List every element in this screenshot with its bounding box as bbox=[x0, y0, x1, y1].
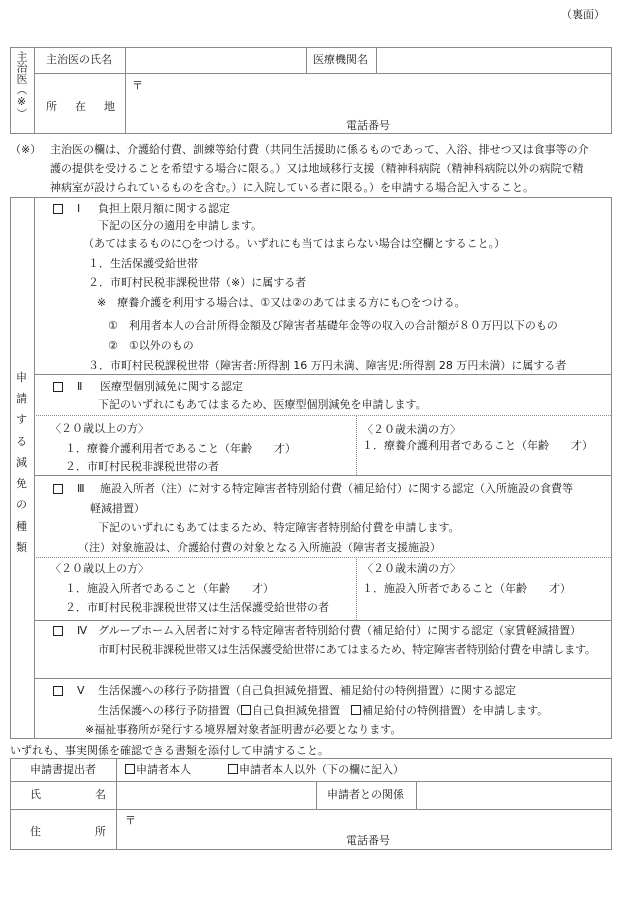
section-3-checkbox[interactable] bbox=[53, 484, 63, 494]
divider bbox=[376, 47, 377, 73]
section-4-checkbox[interactable] bbox=[53, 626, 63, 636]
doctor-name-label: 主治医の氏名 bbox=[46, 53, 112, 67]
reduction-label-char: る bbox=[16, 435, 27, 449]
section-4-numeral: Ⅳ bbox=[77, 624, 87, 638]
submitter-self-checkbox[interactable] bbox=[125, 764, 135, 774]
applicant-name-field[interactable] bbox=[118, 782, 315, 808]
doctor-name-field[interactable] bbox=[127, 48, 305, 72]
dotted-divider bbox=[356, 415, 357, 475]
applicant-address-field[interactable] bbox=[118, 811, 610, 833]
section-3-numeral: Ⅲ bbox=[77, 482, 85, 496]
section-2-adult-heading: 〈２０歳以上の方〉 bbox=[50, 422, 149, 436]
section-3-child-item-1: １．施設入所者であること（年齢 才） bbox=[362, 582, 571, 596]
section-3-body: 下記のいずれにもあてはまるため、特定障害者特別給付費を申請します。 bbox=[98, 521, 460, 535]
submitter-label: 申請書提出者 bbox=[30, 763, 96, 777]
section-1-option-2[interactable]: ２．市町村民税非課税世帯（※）に属する者 bbox=[88, 276, 306, 290]
submitter-option-other[interactable]: 申請者本人以外（下の欄に記入） bbox=[228, 763, 404, 777]
section-3-title-continued: 軽減措置） bbox=[90, 502, 145, 516]
dotted-divider bbox=[34, 415, 611, 416]
divider bbox=[306, 47, 307, 73]
section-5-body-prefix: 生活保護への移行予防措置（ bbox=[98, 704, 241, 717]
reduction-label-char: 種 bbox=[16, 520, 27, 534]
doctor-address-field[interactable] bbox=[127, 75, 610, 115]
dotted-divider bbox=[34, 557, 611, 558]
section-1-sub-option-2[interactable]: ② ①以外のもの bbox=[108, 339, 194, 353]
note-line: 主治医の欄は、介護給付費、訓練等給付費（共同生活援助に係るものであって、入浴、排… bbox=[50, 143, 589, 157]
section-4-title: グループホーム入居者に対する特定障害者特別給付費（補足給付）に関する認定（家賃軽… bbox=[98, 624, 581, 638]
reduction-label-char: 類 bbox=[16, 541, 27, 555]
section-5-body: 生活保護への移行予防措置（自己負担減免措置補足給付の特例措置）を申請します。 bbox=[98, 704, 548, 718]
medical-institution-label: 医療機関名 bbox=[313, 53, 368, 67]
section-1-title: 負担上限月額に関する認定 bbox=[98, 202, 230, 216]
submitter-other-label: 申請者本人以外（下の欄に記入） bbox=[239, 763, 404, 776]
reduction-label-char: 申 bbox=[16, 371, 27, 385]
dotted-divider bbox=[356, 557, 357, 620]
section-3-adult-item-1: １．施設入所者であること（年齢 才） bbox=[65, 582, 274, 596]
reduction-label-char: 減 bbox=[16, 456, 27, 470]
section-1-instruction: （あてはまるものに○をつける。いずれにも当てはまらない場合は空欄とすること。） bbox=[83, 237, 505, 251]
section-1-option-3[interactable]: ３．市町村民税課税世帯（障害者:所得割 16 万円未満、障害児:所得割 28 万… bbox=[88, 359, 566, 373]
note-mark: （※） bbox=[10, 143, 41, 157]
submitter-other-checkbox[interactable] bbox=[228, 764, 238, 774]
divider bbox=[416, 781, 417, 809]
section-5-option-1-label: 自己負担減免措置 bbox=[252, 704, 340, 717]
section-2-body: 下記のいずれにもあてはまるため、医療型個別減免を申請します。 bbox=[98, 398, 427, 412]
section-1-note: ※ 療養介護を利用する場合は、①又は②のあてはまる方にも○をつける。 bbox=[97, 296, 466, 310]
section-5-title: 生活保護への移行予防措置（自己負担減免措置、補足給付の特例措置）に関する認定 bbox=[98, 684, 516, 698]
relation-label: 申請者との関係 bbox=[327, 788, 404, 802]
section-3-child-heading: 〈２０歳未満の方〉 bbox=[362, 562, 461, 576]
divider bbox=[34, 47, 35, 133]
submitter-option-self[interactable]: 申請者本人 bbox=[125, 763, 191, 777]
section-2-checkbox[interactable] bbox=[53, 382, 63, 392]
section-1-checkbox[interactable] bbox=[53, 204, 63, 214]
page-side-label: （裏面） bbox=[561, 8, 605, 22]
divider bbox=[34, 475, 611, 476]
doctor-section-label: 主治医（※） bbox=[16, 51, 27, 119]
section-5-body-suffix: ）を申請します。 bbox=[461, 704, 548, 717]
divider bbox=[10, 809, 611, 810]
reduction-label-char: 請 bbox=[16, 392, 27, 406]
note-line: 神病室が設けられているものを含む。）に入院している者に限る。）を申請する場合記入… bbox=[50, 181, 534, 195]
section-5-option-2-checkbox[interactable] bbox=[351, 705, 361, 715]
section-5-checkbox[interactable] bbox=[53, 686, 63, 696]
section-1-body: 下記の区分の適用を申請します。 bbox=[98, 219, 262, 233]
divider bbox=[34, 73, 611, 74]
section-5-option-1-checkbox[interactable] bbox=[241, 705, 251, 715]
reduction-label-char: す bbox=[16, 413, 27, 427]
section-5-numeral: Ⅴ bbox=[77, 684, 85, 698]
divider bbox=[34, 678, 611, 679]
section-1-numeral: Ⅰ bbox=[77, 202, 80, 216]
doctor-address-label: 所在地 bbox=[46, 100, 133, 114]
relation-field[interactable] bbox=[418, 782, 610, 808]
divider bbox=[316, 781, 317, 809]
section-2-adult-item-1: １．療養介護利用者であること（年齢 才） bbox=[65, 442, 296, 456]
section-3-adult-heading: 〈２０歳以上の方〉 bbox=[50, 562, 149, 576]
divider bbox=[34, 374, 611, 375]
doctor-phone-label: 電話番号 bbox=[346, 119, 390, 133]
section-5-option-2-label: 補足給付の特例措置 bbox=[362, 704, 461, 717]
section-3-title: 施設入所者（注）に対する特定障害者特別給付費（補足給付）に関する認定（入所施設の… bbox=[100, 482, 573, 496]
divider bbox=[34, 197, 35, 738]
section-1-option-1[interactable]: １．生活保護受給世帯 bbox=[88, 257, 198, 271]
applicant-phone-label: 電話番号 bbox=[346, 834, 390, 848]
section-3-adult-item-2: ２．市町村民税非課税世帯又は生活保護受給世帯の者 bbox=[65, 601, 329, 615]
section-2-title: 医療型個別減免に関する認定 bbox=[100, 380, 243, 394]
reduction-label-char: の bbox=[16, 498, 27, 512]
attachment-note: いずれも、事実関係を確認できる書類を添付して申請すること。 bbox=[10, 744, 329, 758]
reduction-label-char: 免 bbox=[16, 477, 27, 491]
divider bbox=[125, 47, 126, 133]
application-form-back-page: （裏面） 主治医（※） 主治医の氏名 医療機関名 所在地 〒 電話番号 （※） … bbox=[0, 0, 630, 903]
section-4-body: 市町村民税非課税世帯又は生活保護受給世帯にあてはまるため、特定障害者特別給付費を… bbox=[98, 643, 596, 657]
section-2-adult-item-2: ２．市町村民税非課税世帯の者 bbox=[65, 460, 219, 474]
section-2-child-item-1: １．療養介護利用者であること（年齢 才） bbox=[362, 439, 593, 453]
section-2-numeral: Ⅱ bbox=[77, 380, 82, 394]
section-5-note: ※福祉事務所が発行する境界層対象者証明書が必要となります。 bbox=[85, 723, 401, 737]
section-1-sub-option-1[interactable]: ① 利用者本人の合計所得金額及び障害者基礎年金等の収入の合計額が８０万円以下のも… bbox=[108, 319, 558, 333]
submitter-self-label: 申請者本人 bbox=[136, 763, 191, 776]
divider bbox=[34, 620, 611, 621]
medical-institution-field[interactable] bbox=[378, 48, 610, 72]
section-2-child-heading: 〈２０歳未満の方〉 bbox=[362, 423, 461, 437]
note-line: 護の提供を受けることを希望する場合に限る。）又は地域移行支援（精神科病院（精神科… bbox=[50, 162, 584, 176]
section-3-footnote: （注）対象施設は、介護給付費の対象となる入所施設（障害者支援施設） bbox=[78, 541, 441, 555]
